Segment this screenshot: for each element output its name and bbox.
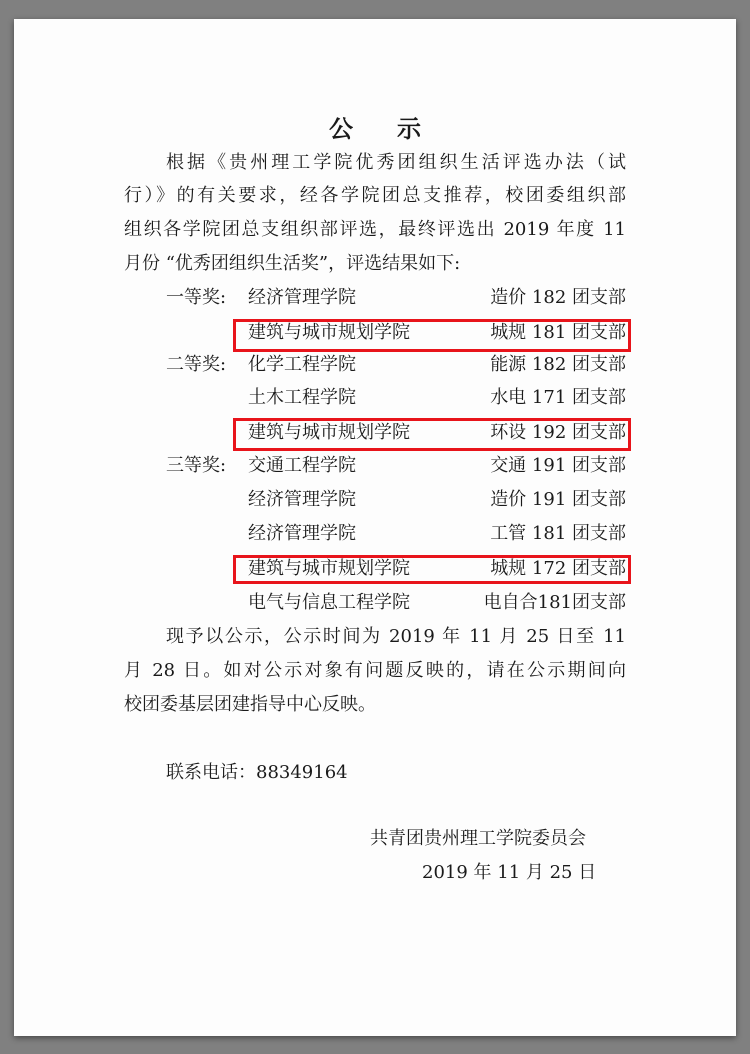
award-college: 建筑与城市规划学院: [248, 552, 410, 586]
contact-phone: 联系电话：88349164: [166, 756, 348, 790]
intro-line-3: 组织各学院团总支组织部评选，最终评选出 2019 年度 11: [124, 213, 626, 247]
award-branch: 能源 182 团支部: [470, 348, 626, 382]
document-page: 公示 根据《贵州理工学院优秀团组织生活评选办法（试 行）》的有关要求，经各学院团…: [14, 19, 736, 1036]
page-title: 公示: [14, 109, 736, 144]
award-college: 土木工程学院: [248, 381, 356, 415]
award-label-first: 一等奖:: [166, 281, 226, 315]
intro-line-4: 月份 “优秀团组织生活奖”，评选结果如下:: [124, 247, 626, 281]
award-branch: 水电 171 团支部: [470, 381, 626, 415]
award-college: 经济管理学院: [248, 281, 356, 315]
award-branch: 造价 191 团支部: [470, 483, 626, 517]
award-branch: 城规 172 团支部: [470, 552, 626, 586]
award-branch: 工管 181 团支部: [470, 517, 626, 551]
intro-line-1: 根据《贵州理工学院优秀团组织生活评选办法（试: [166, 146, 626, 180]
award-college: 建筑与城市规划学院: [248, 316, 410, 350]
award-branch: 环设 192 团支部: [470, 416, 626, 450]
award-branch: 城规 181 团支部: [470, 316, 626, 350]
title-char-2: 示: [397, 114, 421, 143]
award-college: 交通工程学院: [248, 449, 356, 483]
intro-line-2: 行）》的有关要求，经各学院团总支推荐，校团委组织部: [124, 179, 626, 213]
award-college: 建筑与城市规划学院: [248, 416, 410, 450]
award-branch: 电自合181团支部: [466, 586, 626, 620]
award-college: 经济管理学院: [248, 517, 356, 551]
award-label-third: 三等奖:: [166, 449, 226, 483]
award-label-second: 二等奖:: [166, 348, 226, 382]
award-college: 化学工程学院: [248, 348, 356, 382]
award-college: 经济管理学院: [248, 483, 356, 517]
notice-line-2: 月 28 日。如对公示对象有问题反映的，请在公示期间向: [124, 654, 626, 688]
notice-line-3: 校团委基层团建指导中心反映。: [124, 688, 626, 722]
signature-date: 2019 年 11 月 25 日: [422, 856, 596, 890]
title-char-1: 公: [329, 114, 353, 143]
award-branch: 造价 182 团支部: [470, 281, 626, 315]
award-college: 电气与信息工程学院: [248, 586, 410, 620]
notice-line-1: 现予以公示，公示时间为 2019 年 11 月 25 日至 11: [166, 620, 626, 654]
award-branch: 交通 191 团支部: [470, 449, 626, 483]
signature-org: 共青团贵州理工学院委员会: [370, 822, 586, 856]
